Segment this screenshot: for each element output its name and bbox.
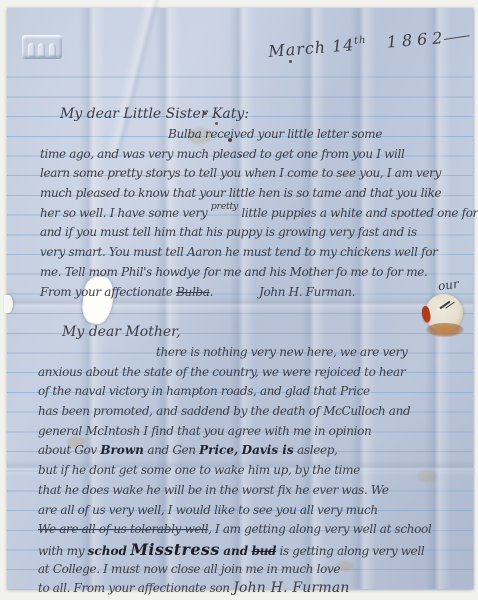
letter-text: but if he dont get some one to wake him … [38, 463, 360, 477]
salutation: My dear Mother, [38, 324, 470, 340]
letter-line: with my schod Misstress and bud is getti… [38, 540, 470, 560]
letter-line: has been promoted, and saddend by the de… [38, 402, 470, 422]
letter-text: to all. From your affectionate son [38, 581, 233, 595]
letter-to-mother: My dear Mother, there is nothing very ne… [38, 324, 470, 599]
letter-text: about Gov [38, 443, 100, 457]
letter-text: and if you must tell him that his puppy … [40, 225, 417, 239]
date-ordinal: th [354, 35, 367, 47]
letter-text: there is nothing very new here, we are v… [156, 345, 407, 359]
edge-word-fragment: our [437, 277, 459, 294]
letter-text: . [210, 285, 213, 299]
letter-line: much pleased to know that your little he… [40, 184, 472, 204]
letter-line: of the naval victory in hampton roads, a… [38, 382, 470, 402]
letter-line: at College. I must now close all join me… [38, 560, 470, 580]
letter-text: anxious about the state of the country, … [38, 365, 405, 379]
signature-text: John H. Furman. [259, 285, 355, 299]
letter-line: about Gov Brown and Gen Price, Davis is … [38, 441, 470, 461]
stamp-arch [38, 43, 45, 57]
letter-body: Bulba received your little letter someti… [40, 125, 472, 302]
letter-text: From your affectionate [40, 285, 176, 299]
letter-line: there is nothing very new here, we are v… [38, 343, 470, 363]
salutation: My dear Little Sister Katy: [40, 106, 472, 122]
letter-line: but if he dont get some one to wake him … [38, 461, 470, 481]
letter-text: has been promoted, and saddend by the de… [38, 404, 410, 418]
ink-speck [289, 60, 292, 63]
letter-text: Bulba received your little letter some [168, 127, 382, 141]
letter-text: of the naval victory in hampton roads, a… [38, 384, 370, 398]
letter-line: her so well. I have some very pretty lit… [40, 204, 472, 224]
letter-text: , I am getting along very well at school [208, 522, 431, 536]
letter-text: learn some pretty storys to tell you whe… [40, 166, 441, 180]
letter-line: me. Tell mom Phil's howdye for me and hi… [40, 263, 472, 283]
letter-text: time ago, and was very much pleased to g… [40, 147, 404, 161]
stamp-arch [28, 43, 35, 57]
letter-text: and Gen [144, 443, 199, 457]
scanned-letter-page: { "date": { "month_day": "March 14", "or… [0, 0, 478, 600]
stamp-arch [49, 43, 56, 57]
letter-line: very smart. You must tell Aaron he must … [40, 243, 472, 263]
letter-text: asleep, [294, 443, 338, 457]
letter-text: little puppies a white and spotted one f… [238, 206, 478, 220]
letter-line: anxious about the state of the country, … [38, 363, 470, 383]
letter-to-katy: My dear Little Sister Katy: Bulba receiv… [40, 106, 472, 302]
letter-text: with my [38, 544, 88, 558]
signature-text: John H. Furman [233, 580, 350, 596]
letter-line: general McIntosh I find that you agree w… [38, 422, 470, 442]
struck-text: Bulba [176, 285, 209, 299]
letter-text: very smart. You must tell Aaron he must … [40, 245, 437, 259]
letter-line: to all. From your affectionate son John … [38, 579, 470, 599]
letter-line: and if you must tell him that his puppy … [40, 223, 472, 243]
embossed-stamp [22, 35, 62, 59]
letter-text: Brown [100, 443, 144, 457]
letter-text: schod [88, 544, 127, 558]
letter-text: that he does wake he will be in the wors… [38, 483, 389, 497]
letter-text: are all of us very well, I would like to… [38, 503, 378, 517]
letter-line: are all of us very well, I would like to… [38, 501, 470, 521]
letter-text: and [223, 544, 248, 558]
letter-text: much pleased to know that your little he… [40, 186, 441, 200]
letter-body: there is nothing very new here, we are v… [38, 343, 470, 599]
letter-text: at College. I must now close all join me… [38, 562, 340, 576]
edge-nick [4, 295, 13, 313]
inserted-word: pretty [211, 201, 238, 212]
letter-text: me. Tell mom Phil's howdye for me and hi… [40, 265, 427, 279]
letter-line: We are all of us tolerably well, I am ge… [38, 520, 470, 540]
letter-text: Misstress [130, 540, 219, 559]
letter-line: time ago, and was very much pleased to g… [40, 145, 472, 165]
letter-text: Price, [199, 443, 238, 457]
letter-text: is getting along very well [276, 544, 424, 558]
letter-text: Davis is [242, 443, 294, 457]
letter-line: learn some pretty storys to tell you whe… [40, 164, 472, 184]
letter-text: general McIntosh I find that you agree w… [38, 424, 371, 438]
letter-line: From your affectionate Bulba.John H. Fur… [40, 283, 472, 303]
struck-text: bud [252, 544, 276, 558]
letter-text: her so well. I have some very [40, 206, 211, 220]
struck-text: We are all of us tolerably well [38, 522, 208, 536]
letter-line: Bulba received your little letter some [40, 125, 472, 145]
letter-line: that he does wake he will be in the wors… [38, 481, 470, 501]
